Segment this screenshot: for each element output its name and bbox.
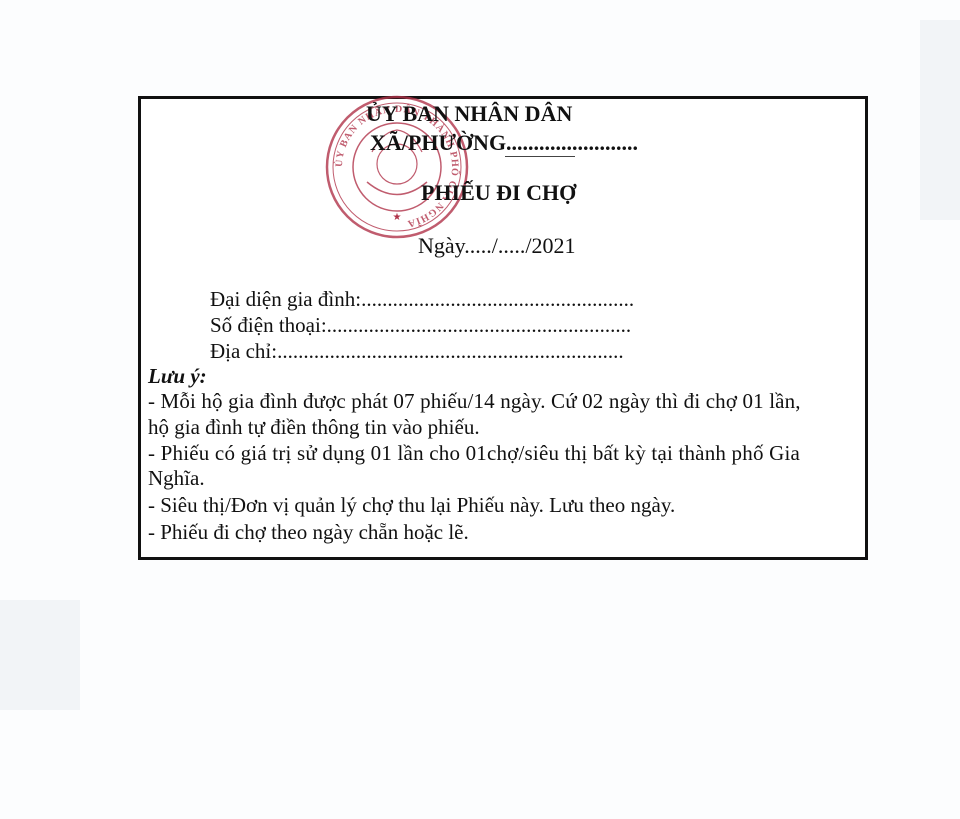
note-line: hộ gia đình tự điền thông tin vào phiếu.: [148, 415, 480, 440]
notes-heading: Lưu ý:: [148, 364, 207, 389]
svg-text:★: ★: [393, 212, 402, 223]
paper-bleed-through: [920, 20, 960, 220]
note-line: Nghĩa.: [148, 466, 205, 491]
authority-header: ỦY BAN NHÂN DÂN: [366, 101, 572, 127]
header-underline: [505, 156, 575, 157]
note-line: - Phiếu đi chợ theo ngày chẵn hoặc lẽ.: [148, 520, 469, 545]
field-label: Số điện thoại:: [210, 313, 327, 337]
field-blank[interactable]: ........................................…: [327, 313, 632, 337]
field-label: Địa chỉ:: [210, 339, 277, 363]
document-title: PHIẾU ĐI CHỢ: [421, 180, 576, 206]
field-phone[interactable]: Số điện thoại:..........................…: [210, 313, 631, 338]
paper-bleed-through: [0, 600, 80, 710]
field-representative[interactable]: Đại diện gia đình:......................…: [210, 287, 634, 312]
unit-header: XÃ/PHƯỜNG........................: [370, 130, 638, 156]
field-address[interactable]: Địa chỉ:................................…: [210, 339, 624, 364]
note-line: - Phiếu có giá trị sử dụng 01 lần cho 01…: [148, 441, 800, 466]
field-label: Đại diện gia đình:: [210, 287, 361, 311]
note-line: - Siêu thị/Đơn vị quản lý chợ thu lại Ph…: [148, 493, 675, 518]
field-blank[interactable]: ........................................…: [277, 339, 624, 363]
date-line: Ngày...../...../2021: [418, 233, 575, 259]
field-blank[interactable]: ........................................…: [361, 287, 634, 311]
note-line: - Mỗi hộ gia đình được phát 07 phiếu/14 …: [148, 389, 858, 414]
